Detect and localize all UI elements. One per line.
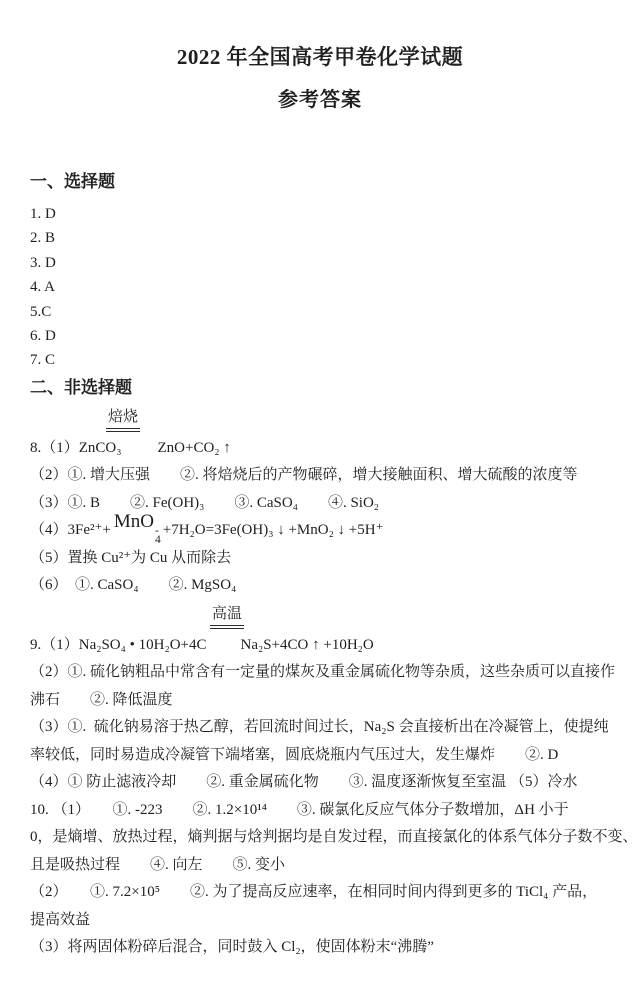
- section-heading-free: 二、非选择题: [30, 377, 610, 399]
- q8-equation-left: 8.（1）ZnCO₃: [30, 440, 121, 456]
- q9-answer-3a: （3）①. 硫化钠易溶于热乙醇，若回流时间过长，Na₂S 会直接析出在冷凝管上，…: [30, 714, 610, 742]
- permanganate-subscript: 4: [155, 536, 161, 545]
- q8-answer-2: （2）①. 增大压强 ②. 将焙烧后的产物碾碎，增大接触面积、增大硫酸的浓度等: [30, 462, 610, 490]
- q9-equation-left: 9.（1）Na₂SO₄ • 10H₂O+4C: [30, 637, 207, 653]
- q8-equation-line: 8.（1）ZnCO₃ZnO+CO₂ ↑: [30, 435, 610, 463]
- q10-answer-1b: 0，是熵增、放热过程，熵判据与焓判据均是自发过程，而直接氯化的体系气体分子数不变…: [30, 824, 610, 852]
- answer-line-7: 7. C: [30, 348, 610, 372]
- q10-answer-1a: 10. （1） ①. -223 ②. 1.2×10¹⁴ ③. 碳氯化反应气体分子…: [30, 797, 610, 825]
- q8-answer-6: （6） ①. CaSO₄ ②. MgSO₄: [30, 572, 610, 600]
- doc-title: 2022 年全国高考甲卷化学试题: [30, 44, 610, 71]
- answer-line-3: 3. D: [30, 251, 610, 275]
- q9-answer-2a: （2）①. 硫化钠粗品中常含有一定量的煤灰及重金属硫化物等杂质，这些杂质可以直接…: [30, 659, 610, 687]
- q9-answer-2b: 沸石 ②. 降低温度: [30, 687, 610, 715]
- answer-line-6: 6. D: [30, 324, 610, 348]
- q10-answer-2b: 提高效益: [30, 907, 610, 935]
- q8-ionic-equation-prefix: （4）3Fe²⁺+: [30, 522, 111, 538]
- answer-line-1: 1. D: [30, 202, 610, 226]
- reaction-condition-label-roasting: 焙烧: [106, 408, 140, 432]
- q9-condition-row: 高温: [30, 602, 610, 632]
- permanganate-base: MnO: [114, 511, 154, 532]
- q10-answer-1c: 且是吸热过程 ④. 向左 ⑤. 变小: [30, 852, 610, 880]
- q8-answer-5: （5）置换 Cu²⁺为 Cu 从而除去: [30, 545, 610, 573]
- section-heading-choice: 一、选择题: [30, 171, 610, 193]
- q9-answer-3b: 率较低，同时易造成冷凝管下端堵塞，圆底烧瓶内气压过大，发生爆炸 ②. D: [30, 742, 610, 770]
- permanganate-sub-sup-stack: -4: [155, 527, 161, 545]
- q10-answer-3: （3）将两固体粉碎后混合，同时鼓入 Cl₂，使固体粉末“沸腾”: [30, 934, 610, 962]
- q9-answer-4: （4）① 防止滤液冷却 ②. 重金属硫化物 ③. 温度逐渐恢复至室温 （5）冷水: [30, 769, 610, 797]
- q10-answer-2a: （2） ①. 7.2×10⁵ ②. 为了提高反应速率，在相同时间内得到更多的 T…: [30, 879, 610, 907]
- reaction-condition-label-high-temp: 高温: [210, 605, 244, 629]
- q8-answer-4: （4）3Fe²⁺+MnO-4+7H₂O=3Fe(OH)₃ ↓ +MnO₂ ↓ +…: [30, 517, 610, 545]
- q9-equation-line: 9.（1）Na₂SO₄ • 10H₂O+4CNa₂S+4CO ↑ +10H₂O: [30, 632, 610, 660]
- answer-line-2: 2. B: [30, 226, 610, 250]
- answer-line-4: 4. A: [30, 275, 610, 299]
- doc-subtitle: 参考答案: [30, 87, 610, 113]
- exam-answer-document: 2022 年全国高考甲卷化学试题 参考答案 一、选择题 1. D 2. B 3.…: [0, 0, 638, 995]
- choice-answer-list: 1. D 2. B 3. D 4. A 5.C 6. D 7. C: [30, 202, 610, 373]
- q9-equation-right: Na₂S+4CO ↑ +10H₂O: [241, 637, 374, 653]
- q8-condition-row: 焙烧: [30, 405, 610, 435]
- q8-ionic-equation-suffix: +7H₂O=3Fe(OH)₃ ↓ +MnO₂ ↓ +5H⁺: [163, 522, 384, 538]
- q8-equation-right: ZnO+CO₂ ↑: [157, 440, 230, 456]
- answer-line-5: 5.C: [30, 300, 610, 324]
- permanganate-formula: MnO-4: [114, 512, 161, 545]
